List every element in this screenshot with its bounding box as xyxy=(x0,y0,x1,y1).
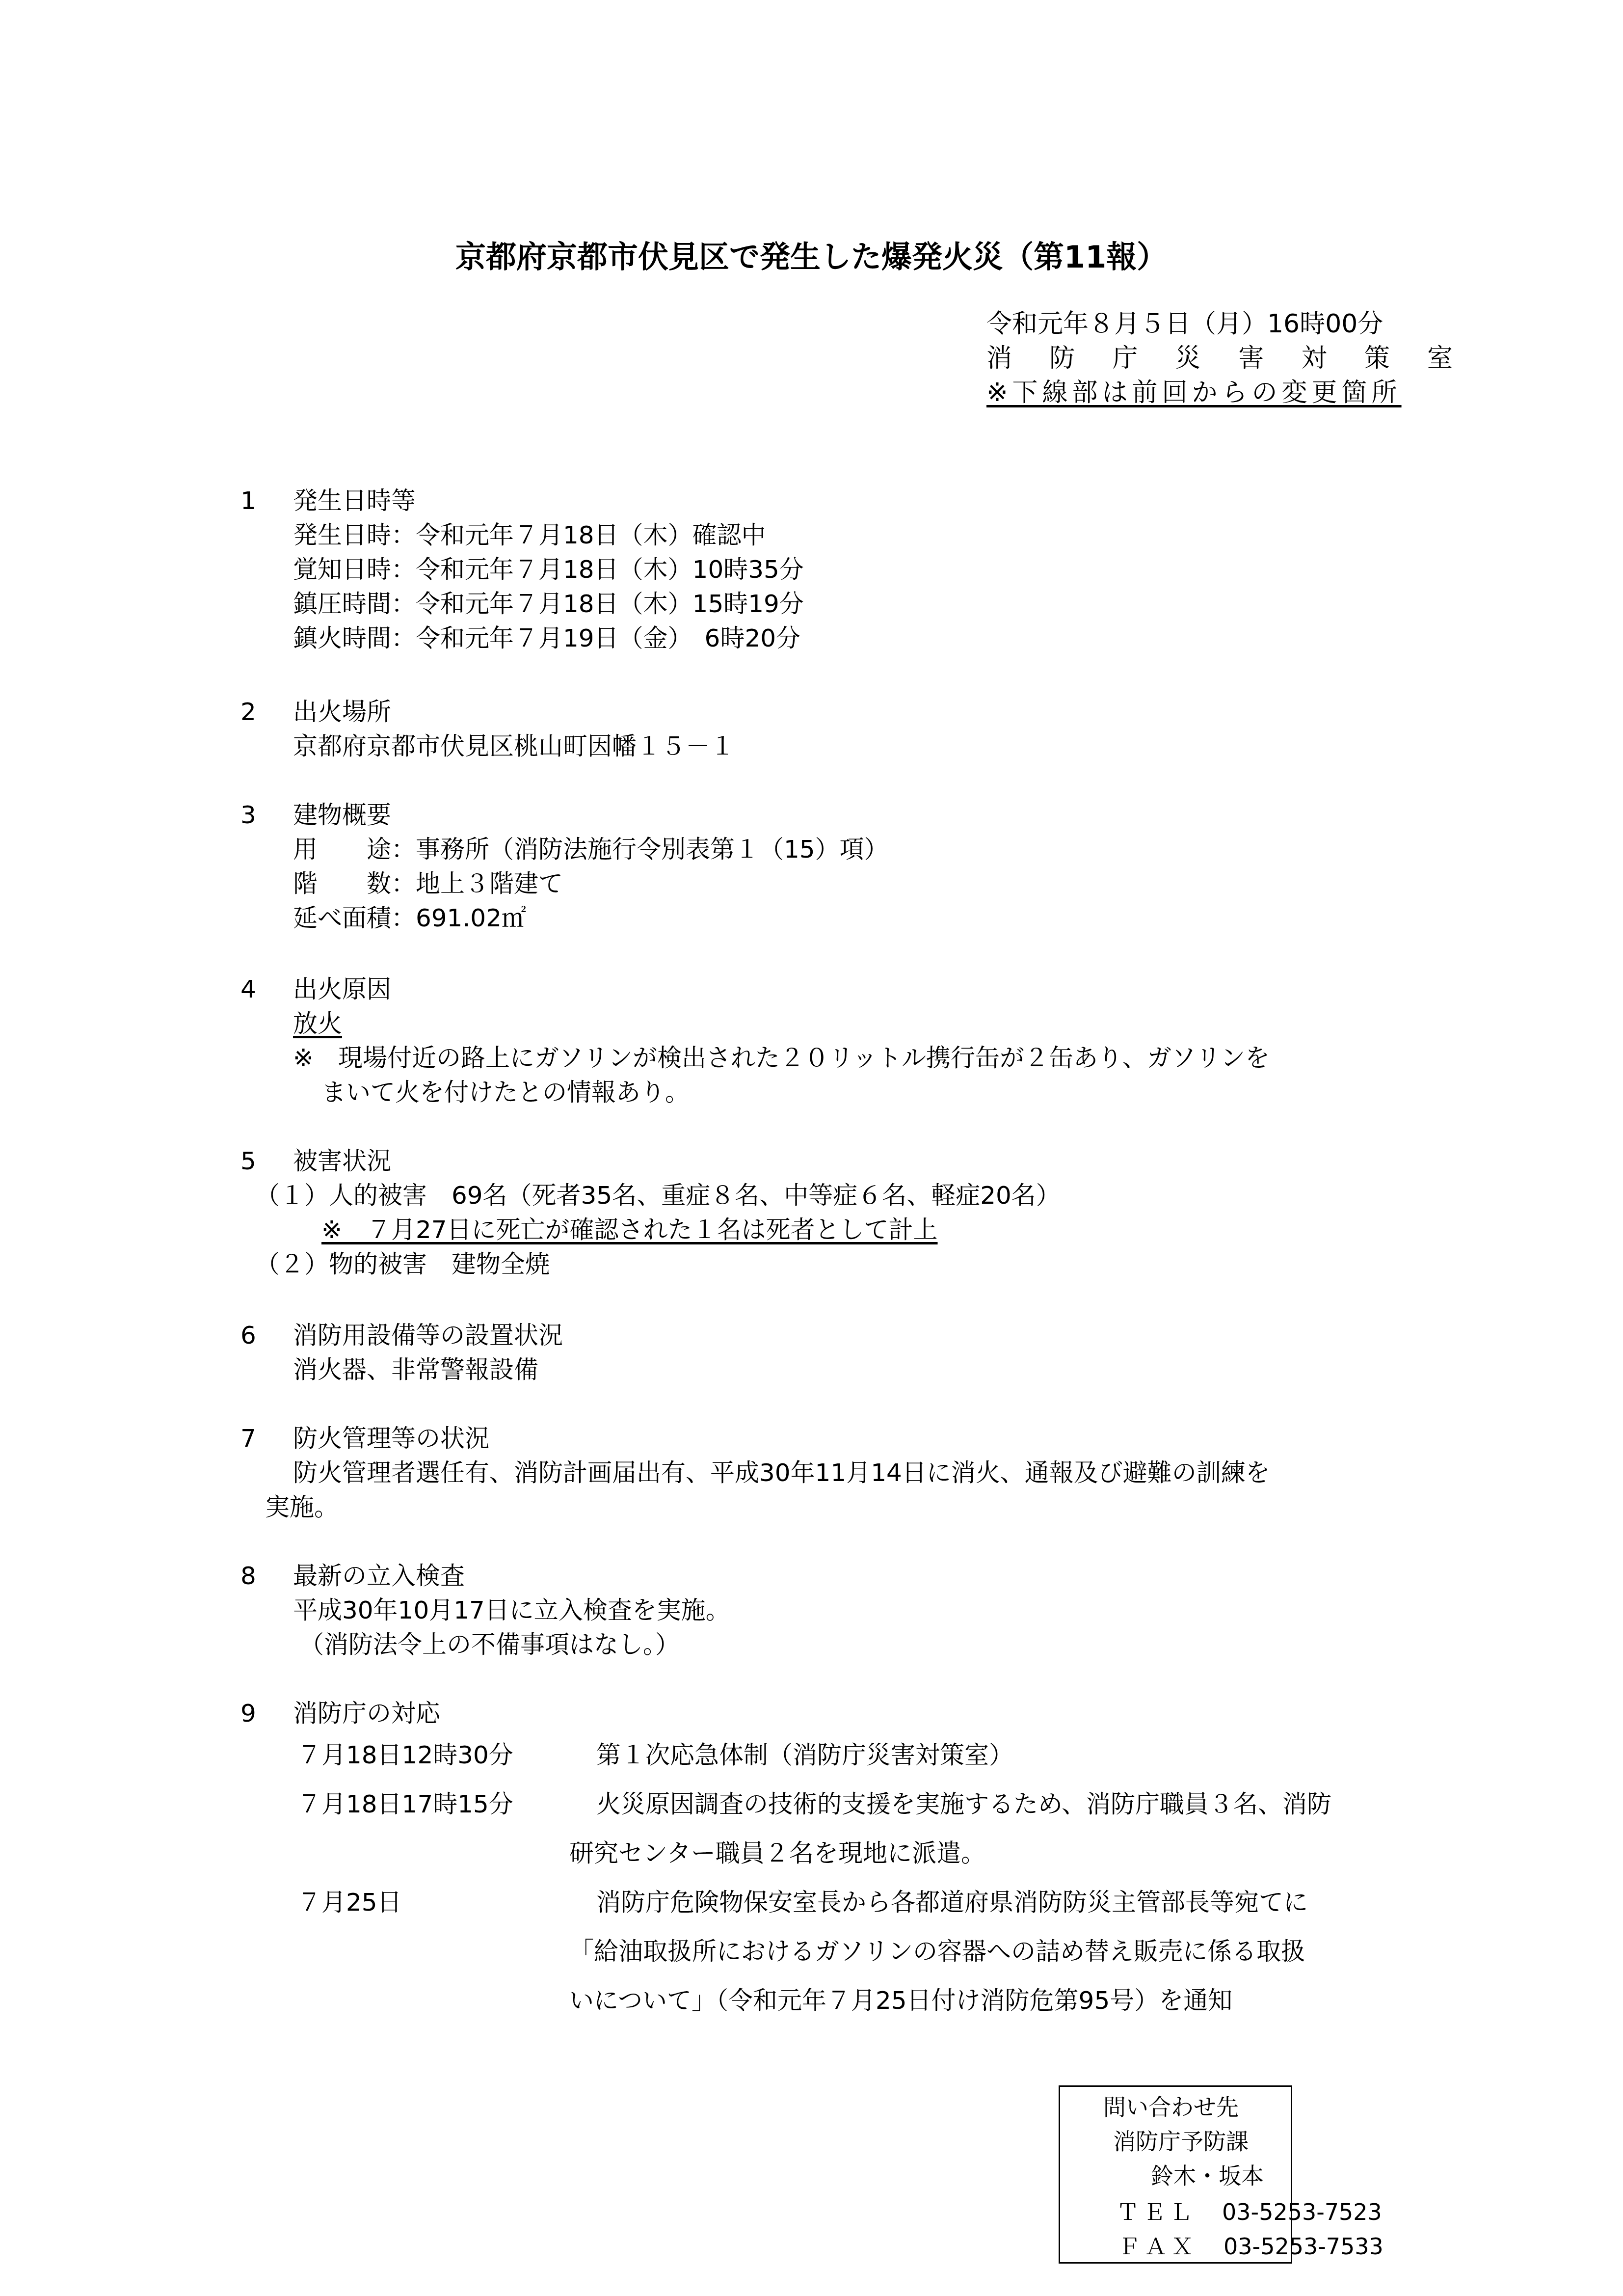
contact-names: 鈴木・坂本 xyxy=(1151,2161,1264,2190)
section-4-heading: 出火原因 xyxy=(293,974,391,1004)
extinguish-time: 鎮火時間：令和元年７月19日（金） 6時20分 xyxy=(293,623,800,653)
contact-label: 問い合わせ先 xyxy=(1103,2092,1239,2122)
section-3-heading: 建物概要 xyxy=(293,800,391,830)
awareness-time: 覚知日時：令和元年７月18日（木）10時35分 xyxy=(293,555,804,584)
floor-area: 延べ面積：691.02㎡ xyxy=(293,903,526,933)
section-7-heading: 防火管理等の状況 xyxy=(293,1424,489,1453)
section-1-heading: 発生日時等 xyxy=(293,486,416,515)
response-text-1: 第１次応急体制（消防庁災害対策室） xyxy=(596,1740,1013,1770)
fax-label: ＦＡＸ xyxy=(1118,2232,1197,2261)
section-5-number: 5 xyxy=(240,1146,256,1176)
issuer-char: 策 xyxy=(1364,344,1390,373)
report-date: 令和元年８月５日（月）16時00分 xyxy=(986,309,1383,339)
response-text-2-cont: 研究センター職員２名を現地に派遣。 xyxy=(569,1838,985,1868)
response-time-1: ７月18日12時30分 xyxy=(297,1740,513,1770)
section-2-number: 2 xyxy=(240,697,256,727)
section-3-number: 3 xyxy=(240,800,256,830)
fire-management-line-2: 実施。 xyxy=(265,1492,339,1522)
inspection-date: 平成30年10月17日に立入検査を実施。 xyxy=(293,1595,730,1625)
human-damage-note: ※ ７月27日に死亡が確認された１名は死者として計上 xyxy=(321,1215,938,1244)
section-8-heading: 最新の立入検査 xyxy=(293,1561,465,1591)
tel-number: 03-5253-7523 xyxy=(1222,2197,1382,2227)
response-time-3: ７月25日 xyxy=(297,1888,402,1917)
fire-management-line-1: 防火管理者選任有、消防計画届出有、平成30年11月14日に消火、通報及び避難の訓… xyxy=(293,1458,1270,1487)
issuer-char: 対 xyxy=(1301,344,1327,373)
response-time-2: ７月18日17時15分 xyxy=(297,1789,513,1819)
suppression-time: 鎮圧時間：令和元年７月18日（木）15時19分 xyxy=(293,589,804,619)
section-4-number: 4 xyxy=(240,974,256,1004)
section-8-number: 8 xyxy=(240,1561,256,1591)
cause-note-line-1: ※ 現場付近の路上にガソリンが検出された２０リットル携行缶が２缶あり、ガソリンを xyxy=(293,1043,1270,1073)
response-text-3: 消防庁危険物保安室長から各都道府県消防防災主管部長等宛てに xyxy=(596,1888,1308,1917)
issuer-char: 庁 xyxy=(1113,344,1138,373)
property-damage: （２）物的被害 建物全焼 xyxy=(255,1249,550,1279)
section-6-heading: 消防用設備等の設置状況 xyxy=(293,1321,563,1350)
response-text-3-cont-1: 「給油取扱所におけるガソリンの容器への詰め替え販売に係る取扱 xyxy=(569,1937,1305,1966)
section-9-number: 9 xyxy=(240,1699,256,1728)
building-use: 用 途：事務所（消防法施行令別表第１（15）項） xyxy=(293,835,889,864)
human-damage: （１）人的被害 69名（死者35名、重症８名、中等症６名、軽症20名） xyxy=(255,1181,1061,1210)
occurrence-time: 発生日時：令和元年７月18日（木）確認中 xyxy=(293,520,766,550)
section-7-number: 7 xyxy=(240,1424,256,1453)
fire-location: 京都府京都市伏見区桃山町因幡１５－１ xyxy=(293,731,735,761)
issuer-char: 災 xyxy=(1175,344,1201,373)
issuer-char: 害 xyxy=(1238,344,1264,373)
issuer-char: 防 xyxy=(1049,344,1075,373)
section-1-number: 1 xyxy=(240,486,256,515)
fax-number: 03-5253-7533 xyxy=(1224,2232,1384,2261)
issuer: 消 防 庁 災 害 対 策 室 xyxy=(986,344,1453,373)
section-6-number: 6 xyxy=(240,1321,256,1350)
inspection-result: （消防法令上の不備事項はなし。） xyxy=(299,1630,680,1659)
tel-label: ＴＥＬ xyxy=(1117,2197,1196,2227)
issuer-char: 消 xyxy=(986,344,1012,373)
document-title: 京都府京都市伏見区で発生した爆発火災（第11報） xyxy=(455,238,1167,277)
building-floors: 階 数：地上３階建て xyxy=(293,869,563,898)
fire-equipment: 消火器、非常警報設備 xyxy=(293,1355,538,1384)
section-9-heading: 消防庁の対応 xyxy=(293,1699,440,1728)
contact-department: 消防庁予防課 xyxy=(1113,2127,1249,2156)
section-2-heading: 出火場所 xyxy=(293,697,391,727)
issuer-char: 室 xyxy=(1427,344,1453,373)
section-5-heading: 被害状況 xyxy=(293,1146,391,1176)
fire-cause: 放火 xyxy=(293,1009,342,1038)
change-note: ※下線部は前回からの変更箇所 xyxy=(986,378,1402,407)
response-text-3-cont-2: いについて」（令和元年７月25日付け消防危第95号）を通知 xyxy=(569,1986,1232,2015)
cause-note-line-2: まいて火を付けたとの情報あり。 xyxy=(321,1078,690,1107)
response-text-2: 火災原因調査の技術的支援を実施するため、消防庁職員３名、消防 xyxy=(596,1789,1331,1819)
